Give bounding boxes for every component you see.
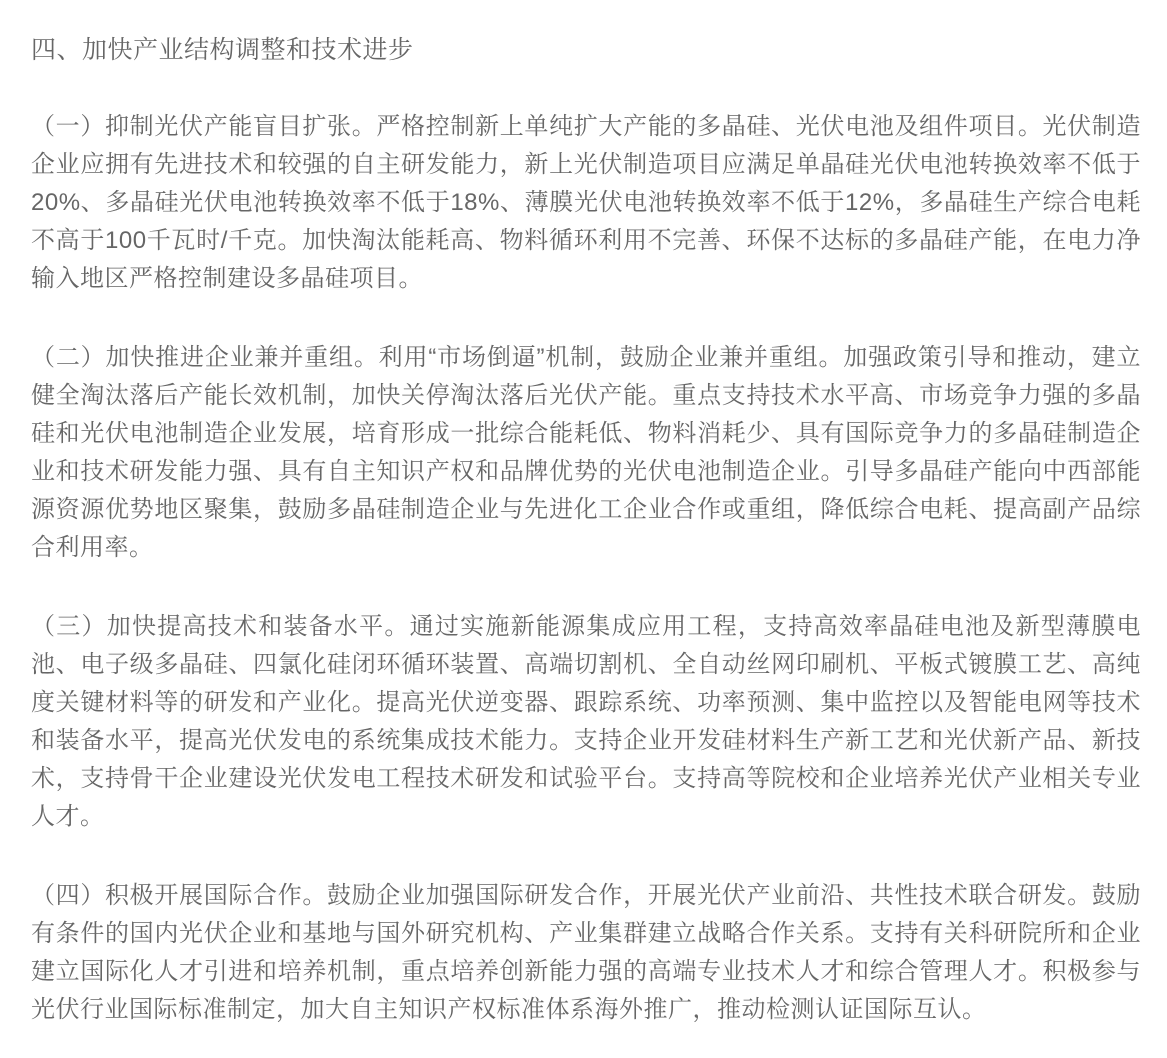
paragraph-item-4: （四）积极开展国际合作。鼓励企业加强国际研发合作，开展光伏产业前沿、共性技术联合… xyxy=(31,877,1141,1029)
paragraph-item-3: （三）加快提高技术和装备水平。通过实施新能源集成应用工程，支持高效率晶硅电池及新… xyxy=(31,608,1141,836)
policy-document-page: 四、加快产业结构调整和技术进步 （一）抑制光伏产能盲目扩张。严格控制新上单纯扩大… xyxy=(0,0,1167,1058)
paragraph-item-2: （二）加快推进企业兼并重组。利用“市场倒逼”机制，鼓励企业兼并重组。加强政策引导… xyxy=(31,339,1141,567)
paragraph-item-1: （一）抑制光伏产能盲目扩张。严格控制新上单纯扩大产能的多晶硅、光伏电池及组件项目… xyxy=(31,108,1141,298)
section-heading: 四、加快产业结构调整和技术进步 xyxy=(31,31,1141,69)
